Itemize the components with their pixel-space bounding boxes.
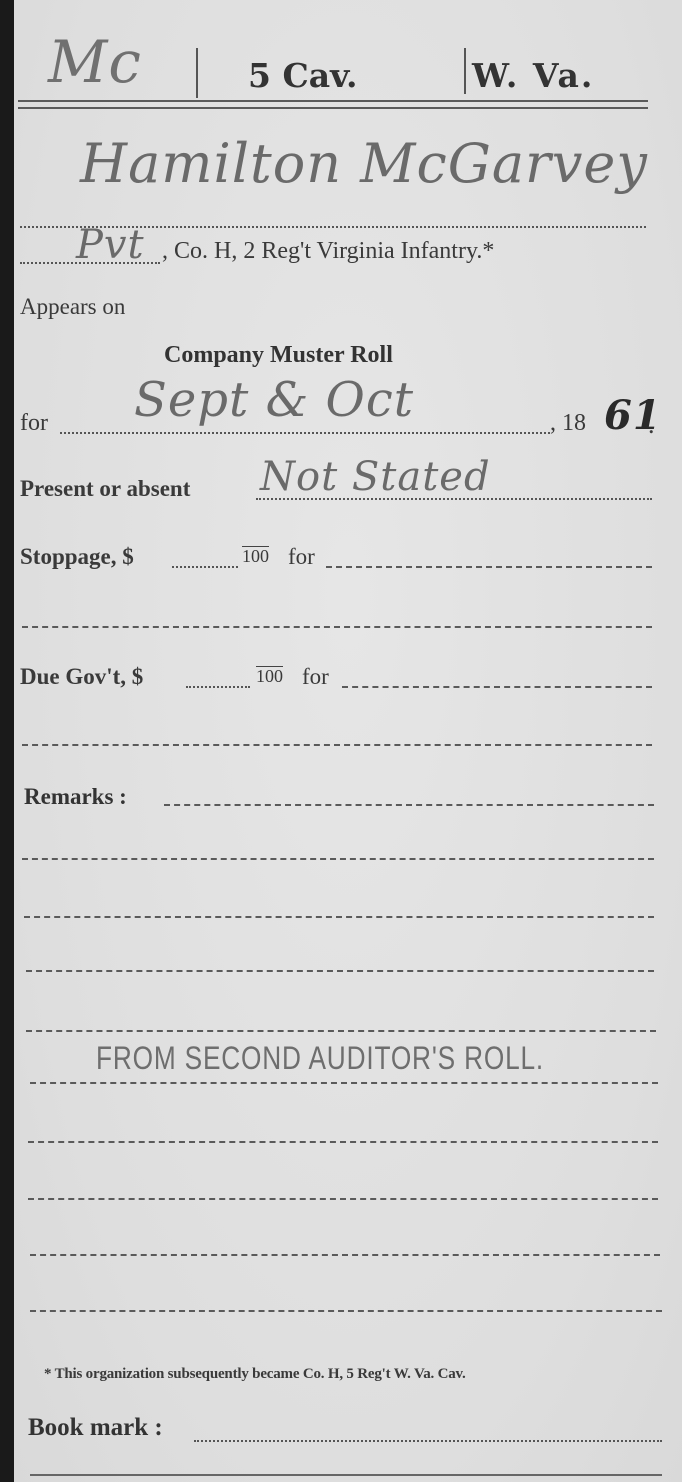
remarks-label: Remarks : <box>24 784 127 810</box>
header-surname-initials: Mc <box>48 28 142 96</box>
header-rule-top <box>18 100 648 102</box>
year-period: . <box>648 410 655 440</box>
stoppage-label: Stoppage, $ <box>20 544 134 570</box>
remarks-line-4 <box>26 970 654 972</box>
header-divider-1 <box>196 48 198 98</box>
footnote: * This organization subsequently became … <box>44 1366 466 1383</box>
remarks-line-10 <box>30 1310 662 1312</box>
presence-value: Not Stated <box>260 454 491 500</box>
for-label: for <box>20 410 48 437</box>
period-line <box>60 432 550 434</box>
stoppage-line-2 <box>22 626 652 628</box>
presence-line <box>256 498 652 500</box>
presence-label: Present or absent <box>20 476 190 502</box>
remarks-line-1 <box>164 804 654 806</box>
auditor-roll-stamp: FROM SECOND AUDITOR'S ROLL. <box>96 1040 544 1077</box>
remarks-line-5 <box>26 1030 656 1032</box>
due-govt-for-label: for <box>302 664 329 690</box>
due-govt-line <box>342 686 652 688</box>
due-govt-label: Due Gov't, $ <box>20 664 143 690</box>
remarks-line-2 <box>22 858 654 860</box>
remarks-line-7 <box>28 1141 658 1143</box>
period-value: Sept & Oct <box>134 372 414 428</box>
header-rule-bottom <box>18 107 648 109</box>
muster-roll-card: Mc 5 Cav. W. Va. Hamilton McGarvey Pvt ,… <box>14 0 682 1482</box>
stoppage-line <box>326 566 652 568</box>
bottom-rule <box>30 1474 662 1476</box>
soldier-name: Hamilton McGarvey <box>80 132 648 195</box>
year-prefix: , 18 <box>550 410 586 437</box>
stoppage-amount-line <box>172 566 238 568</box>
roll-title: Company Muster Roll <box>164 342 393 369</box>
rank-line <box>20 262 160 264</box>
stoppage-for-label: for <box>288 544 315 570</box>
bookmark-line <box>194 1440 662 1442</box>
due-govt-amount-line <box>186 686 250 688</box>
due-govt-cents: 100 <box>256 666 283 685</box>
stoppage-cents: 100 <box>242 546 269 565</box>
header-divider-2 <box>464 48 466 94</box>
remarks-line-3 <box>24 916 654 918</box>
soldier-unit-line: , Co. H, 2 Reg't Virginia Infantry.* <box>162 238 494 265</box>
remarks-line-8 <box>28 1198 658 1200</box>
header-unit: 5 Cav. <box>248 56 357 95</box>
remarks-line-9 <box>30 1254 660 1256</box>
due-govt-line-2 <box>22 744 652 746</box>
bookmark-label: Book mark : <box>28 1414 163 1442</box>
remarks-line-6 <box>30 1082 658 1084</box>
header-state: W. Va. <box>472 56 594 95</box>
appears-on-label: Appears on <box>20 294 125 320</box>
